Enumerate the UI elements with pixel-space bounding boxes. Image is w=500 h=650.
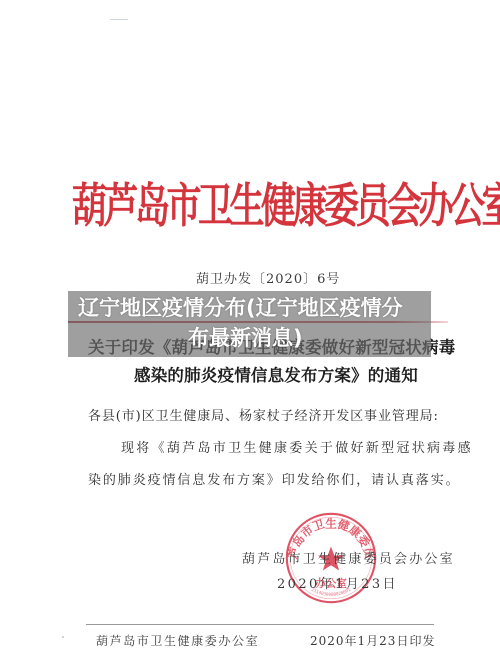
scan-artifact	[110, 19, 128, 20]
footer-divider	[86, 624, 434, 625]
notice-title-line2: 感染的肺炎疫情信息发布方案》的通知	[134, 362, 418, 386]
body-paragraph-line1: 现将《葫芦岛市卫生健康委关于做好新型冠状病毒感	[121, 437, 473, 456]
document-number: 葫卫办发〔2020〕6号	[196, 268, 340, 287]
footer-issuer: 葫芦岛市卫生健康委办公室	[96, 632, 259, 649]
signature-date: 2020年1月23日	[277, 573, 398, 592]
body-paragraph-line2: 染的肺炎疫情信息发布方案》印发给你们，请认真落实。	[88, 469, 461, 488]
overlay-title-line1: 辽宁地区疫情分布(辽宁地区疫情分	[68, 293, 431, 323]
document-header: 葫芦岛市卫生健康委员会办公室文件	[72, 180, 452, 261]
footer-issue-date: 2020年1月23日印发	[310, 632, 435, 649]
salutation: 各县(市)区卫生健康局、杨家杖子经济开发区事业管理局:	[88, 405, 439, 424]
signature-organization: 葫芦岛市卫生健康委员会办公室	[242, 548, 455, 567]
overlay-title-line2: 布最新消息)	[68, 323, 431, 353]
scan-artifact	[62, 636, 64, 638]
overlay-title[interactable]: 辽宁地区疫情分布(辽宁地区疫情分 布最新消息)	[68, 293, 431, 353]
